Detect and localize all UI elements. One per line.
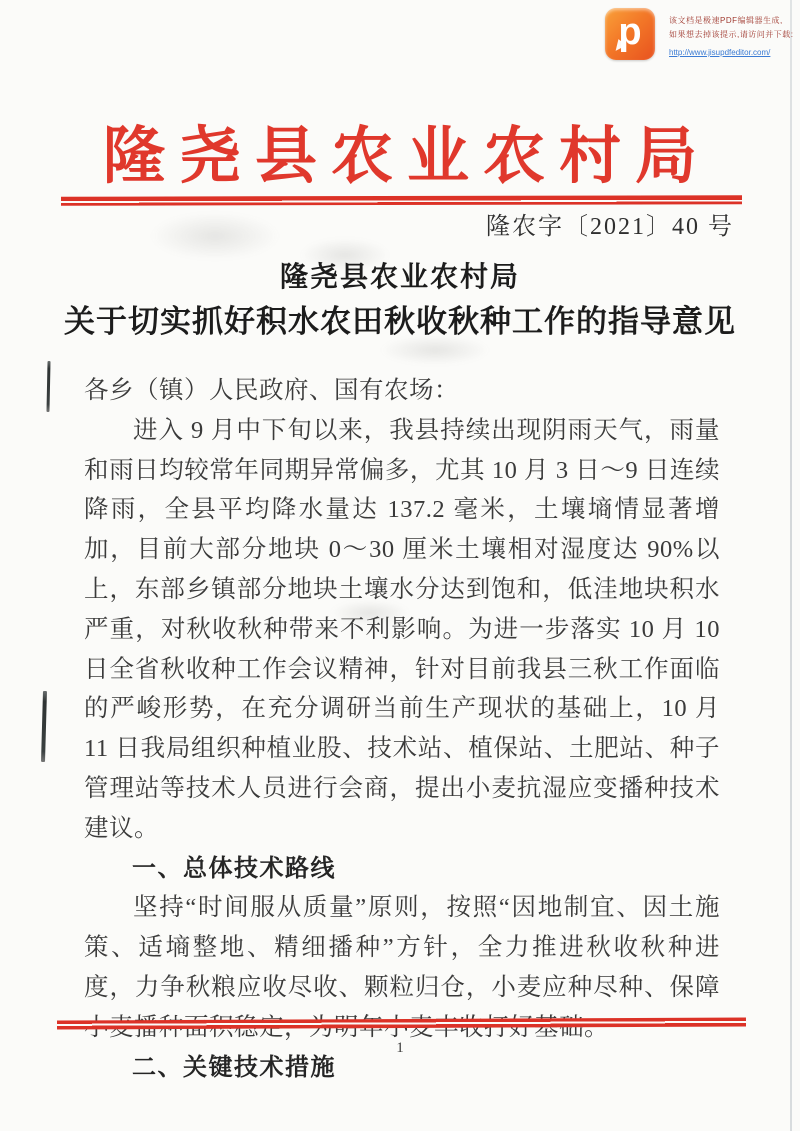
section-heading-1: 一、总体技术路线 [84,849,720,889]
binding-mark [46,361,50,412]
document-title-line-1: 隆尧县农业农村局 [0,255,800,295]
pdf-editor-logo-icon: p [605,8,655,60]
page-number: 1 [0,1040,800,1057]
scan-smudge [150,212,280,260]
salutation: 各乡（镇）人民政府、国有农场： [84,371,720,411]
body-paragraph: 进入 9 月中下旬以来，我县持续出现阴雨天气，雨量和雨日均较常年同期异常偏多，尤… [84,411,720,849]
watermark-line-1: 该文档是极速PDF编辑器生成, [669,14,793,28]
document-body: 各乡（镇）人民政府、国有农场： 进入 9 月中下旬以来，我县持续出现阴雨天气，雨… [84,371,720,1087]
watermark-line-2: 如果想去掉该提示,请访问并下载: [669,28,793,42]
document-title-line-2: 关于切实抓好积水农田秋收秋种工作的指导意见 [0,296,800,341]
letterhead-agency-title: 隆尧县农业农村局 [0,106,800,195]
watermark-text-block: 该文档是极速PDF编辑器生成, 如果想去掉该提示,请访问并下载: http://… [669,8,793,60]
logo-p-letter: p [605,8,655,60]
binding-mark [41,691,47,762]
watermark-download-link[interactable]: http://www.jisupdfeditor.com/ [669,47,770,59]
pdf-editor-watermark: p 该文档是极速PDF编辑器生成, 如果想去掉该提示,请访问并下载: http:… [605,8,795,60]
document-number: 隆农字〔2021〕40 号 [486,206,734,241]
letterhead-red-rule [61,195,742,205]
scanned-document-page: p 该文档是极速PDF编辑器生成, 如果想去掉该提示,请访问并下载: http:… [0,0,800,1131]
